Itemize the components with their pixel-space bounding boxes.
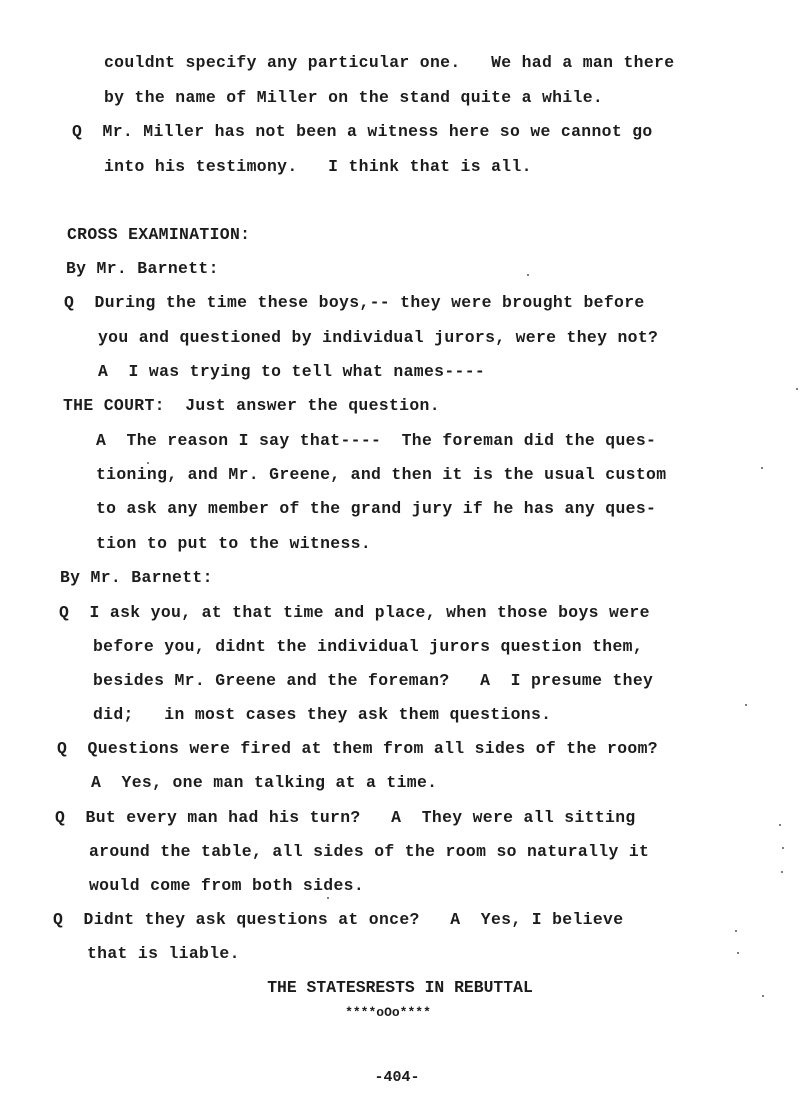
examiner-label: By Mr. Barnett: xyxy=(66,259,219,279)
transcript-line: did; in most cases they ask them questio… xyxy=(93,705,551,725)
transcript-line: Q Questions were fired at them from all … xyxy=(57,739,658,759)
scan-speck xyxy=(737,952,739,954)
scan-speck xyxy=(527,274,529,276)
transcript-line: by the name of Miller on the stand quite… xyxy=(104,88,603,108)
scan-speck xyxy=(762,995,764,997)
transcript-line: couldnt specify any particular one. We h… xyxy=(104,53,674,73)
scan-speck xyxy=(781,871,783,873)
scan-speck xyxy=(796,388,798,390)
page-number: -404- xyxy=(0,1068,797,1088)
scan-speck xyxy=(147,462,149,464)
transcript-line: Q Mr. Miller has not been a witness here… xyxy=(72,122,653,142)
transcript-line: Q Didnt they ask questions at once? A Ye… xyxy=(53,910,623,930)
transcript-line: would come from both sides. xyxy=(89,876,364,896)
transcript-line: around the table, all sides of the room … xyxy=(89,842,649,862)
scan-speck xyxy=(761,467,763,469)
scan-speck xyxy=(745,704,747,706)
transcript-line: A The reason I say that---- The foreman … xyxy=(96,431,656,451)
examiner-label: By Mr. Barnett: xyxy=(60,568,213,588)
transcript-line: into his testimony. I think that is all. xyxy=(104,157,532,177)
transcript-line: you and questioned by individual jurors,… xyxy=(98,328,658,348)
transcript-line: A I was trying to tell what names---- xyxy=(98,362,485,382)
scan-speck xyxy=(327,897,329,899)
separator-ornament: ****oOo**** xyxy=(0,1003,788,1023)
transcript-line: Q But every man had his turn? A They wer… xyxy=(55,808,636,828)
section-heading: CROSS EXAMINATION: xyxy=(67,225,250,245)
transcript-line: besides Mr. Greene and the foreman? A I … xyxy=(93,671,653,691)
closing-heading: THE STATESRESTS IN REBUTTAL xyxy=(0,978,800,998)
transcript-line: to ask any member of the grand jury if h… xyxy=(96,499,656,519)
transcript-page: couldnt specify any particular one. We h… xyxy=(0,0,800,1097)
transcript-line: that is liable. xyxy=(87,944,240,964)
transcript-line: tion to put to the witness. xyxy=(96,534,371,554)
transcript-line: before you, didnt the individual jurors … xyxy=(93,637,643,657)
court-remark: THE COURT: Just answer the question. xyxy=(63,396,440,416)
transcript-line: Q I ask you, at that time and place, whe… xyxy=(59,603,650,623)
scan-speck xyxy=(735,930,737,932)
scan-speck xyxy=(782,847,784,849)
transcript-line: Q During the time these boys,-- they wer… xyxy=(64,293,645,313)
scan-speck xyxy=(779,824,781,826)
transcript-line: A Yes, one man talking at a time. xyxy=(91,773,437,793)
transcript-line: tioning, and Mr. Greene, and then it is … xyxy=(96,465,666,485)
